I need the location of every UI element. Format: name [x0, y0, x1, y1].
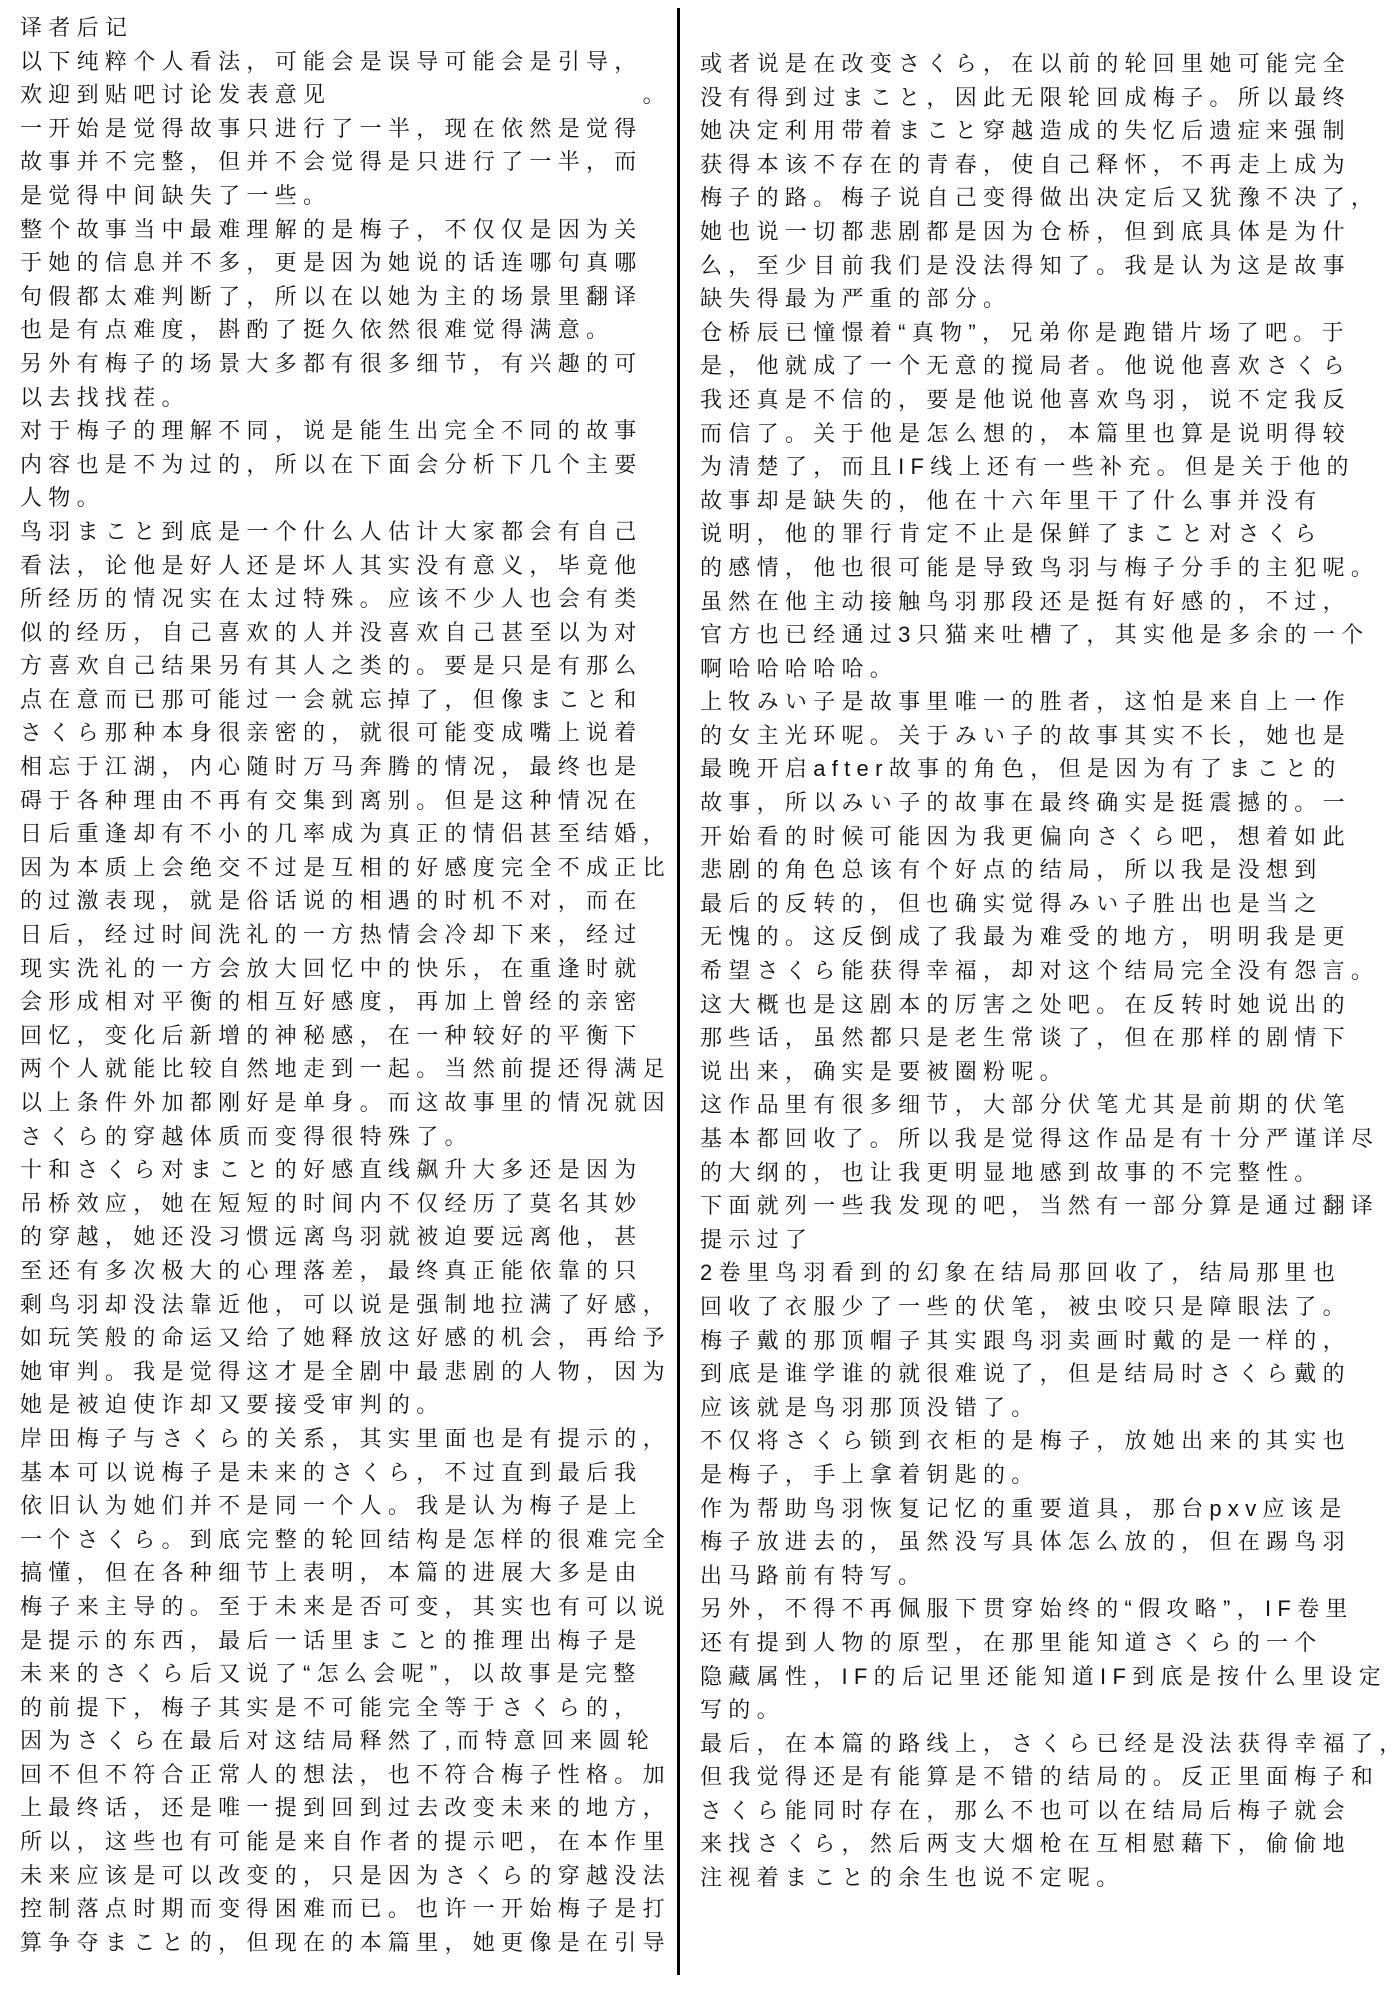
text-line: 内容也是不为过的，所以在下面会分析下几个主要: [20, 448, 700, 482]
text-line: 为清楚了，而且IF线上还有一些补充。但是关于他的: [700, 450, 1400, 484]
text-line: 上牧みい子是故事里唯一的胜者，这怕是来自上一作: [700, 685, 1400, 719]
text-line: 回忆，变化后新增的神秘感，在一种较好的平衡下: [20, 1019, 700, 1053]
text-line: 隐藏属性，IF的后记里还能知道IF到底是按什么里设定: [700, 1660, 1400, 1694]
text-line: 应该就是鸟羽那顶没错了。: [700, 1391, 1400, 1425]
text-line: 另外，不得不再佩服下贯穿始终的“假攻略”，IF卷里: [700, 1592, 1400, 1626]
text-line: 也是有点难度，斟酌了挺久依然很难觉得满意。: [20, 313, 700, 347]
text-line: 相忘于江湖，内心随时万马奔腾的情况，最终也是: [20, 750, 700, 784]
text-line: 碍于各种理由不再有交集到离别。但是这种情况在: [20, 784, 700, 818]
text-line: 欢迎到贴吧讨论发表意见 。: [20, 78, 700, 112]
text-line: 一个さくら。到底完整的轮回结构是怎样的很难完全: [20, 1523, 700, 1557]
text-line: 剩鸟羽却没法靠近他，可以说是强制地拉满了好感，: [20, 1288, 700, 1322]
text-line: 因为本质上会绝交不过是互相的好感度完全不成正比: [20, 851, 700, 885]
text-line: 那些话，虽然都只是老生常谈了，但在那样的剧情下: [700, 1021, 1400, 1055]
text-line: 希望さくら能获得幸福，却对这个结局完全没有怨言。: [700, 954, 1400, 988]
text-line: 下面就列一些我发现的吧，当然有一部分算是通过翻译: [700, 1189, 1400, 1223]
text-line: 至还有多次极大的心理落差，最终真正能依靠的只: [20, 1254, 700, 1288]
text-line: 以上条件外加都刚好是单身。而这故事里的情况就因: [20, 1086, 700, 1120]
text-line: 以下纯粹个人看法，可能会是误导可能会是引导，: [20, 45, 700, 79]
text-line: 点在意而已那可能过一会就忘掉了，但像まこと和: [20, 683, 700, 717]
text-line: 以去找找茬。: [20, 381, 700, 415]
text-line: 整个故事当中最难理解的是梅子，不仅仅是因为关: [20, 213, 700, 247]
text-line: さくら能同时存在，那么不也可以在结局后梅子就会: [700, 1794, 1400, 1828]
text-line: 依旧认为她们并不是同一个人。我是认为梅子是上: [20, 1489, 700, 1523]
text-line: 所以，这些也有可能是来自作者的提示吧，在本作里: [20, 1825, 700, 1859]
text-line: 一开始是觉得故事只进行了一半，现在依然是觉得: [20, 112, 700, 146]
text-line: 梅子来主导的。至于未来是否可变，其实也有可以说: [20, 1590, 700, 1624]
left-column: 译者后记 以下纯粹个人看法，可能会是误导可能会是引导，欢迎到贴吧讨论发表意见 。…: [20, 11, 700, 1959]
text-line: 缺失得最为严重的部分。: [700, 282, 1400, 316]
text-line: 因为さくら在最后对这结局释然了,而特意回来圆轮: [20, 1724, 700, 1758]
text-line: 是提示的东西，最后一话里まこと的推理出梅子是: [20, 1624, 700, 1658]
text-line: 而信了。关于他是怎么想的，本篇里也算是说明得较: [700, 417, 1400, 451]
text-line: 如玩笑般的命运又给了她释放这好感的机会，再给予: [20, 1321, 700, 1355]
text-line: 对于梅子的理解不同，说是能生出完全不同的故事: [20, 414, 700, 448]
text-line: 回收了衣服少了一些的伏笔，被虫咬只是障眼法了。: [700, 1290, 1400, 1324]
text-line: 的感情，他也很可能是导致鸟羽与梅子分手的主犯呢。: [700, 551, 1400, 585]
text-line: 到底是谁学谁的就很难说了，但是结局时さくら戴的: [700, 1357, 1400, 1391]
text-line: 无愧的。这反倒成了我最为难受的地方，明明我是更: [700, 920, 1400, 954]
text-line: 故事并不完整，但并不会觉得是只进行了一半，而: [20, 145, 700, 179]
text-line: 人物。: [20, 481, 700, 515]
text-line: 最后的反转的，但也确实觉得みい子胜出也是当之: [700, 887, 1400, 921]
text-line: 获得本该不存在的青春，使自己释怀，不再走上成为: [700, 148, 1400, 182]
text-line: 梅子的路。梅子说自己变得做出决定后又犹豫不决了，: [700, 181, 1400, 215]
column-divider: [677, 8, 680, 1975]
right-column: 或者说是在改变さくら，在以前的轮回里她可能完全没有得到过まこと，因此无限轮回成梅…: [700, 47, 1400, 1895]
text-line: 出马路前有特写。: [700, 1559, 1400, 1593]
text-line: 方喜欢自己结果另有其人之类的。要是只是有那么: [20, 649, 700, 683]
text-line: 现实洗礼的一方会放大回忆中的快乐，在重逢时就: [20, 952, 700, 986]
text-line: 啊哈哈哈哈哈。: [700, 652, 1400, 686]
text-line: 鸟羽まこと到底是一个什么人估计大家都会有自己: [20, 515, 700, 549]
text-line: 的过激表现，就是俗话说的相遇的时机不对，而在: [20, 884, 700, 918]
text-line: 提示过了: [700, 1223, 1400, 1257]
text-line: 这大概也是这剧本的厉害之处吧。在反转时她说出的: [700, 988, 1400, 1022]
text-line: 搞懂，但在各种细节上表明，本篇的进展大多是由: [20, 1556, 700, 1590]
text-line: 来找さくら，然后两支大烟枪在互相慰藉下，偷偷地: [700, 1827, 1400, 1861]
text-line: 会形成相对平衡的相互好感度，再加上曾经的亲密: [20, 985, 700, 1019]
page-title: 译者后记: [20, 11, 700, 45]
text-line: 梅子放进去的，虽然没写具体怎么放的，但在踢鸟羽: [700, 1525, 1400, 1559]
text-line: 注视着まこと的余生也说不定呢。: [700, 1861, 1400, 1895]
text-line: 的前提下，梅子其实是不可能完全等于さくら的，: [20, 1691, 700, 1725]
text-line: 作为帮助鸟羽恢复记忆的重要道具，那台pxv应该是: [700, 1492, 1400, 1526]
text-line: 句假都太难判断了，所以在以她为主的场景里翻译: [20, 280, 700, 314]
text-line: 么，至少目前我们是没法得知了。我是认为这是故事: [700, 249, 1400, 283]
text-line: 开始看的时候可能因为我更偏向さくら吧，想着如此: [700, 820, 1400, 854]
text-line: 吊桥效应，她在短短的时间内不仅经历了莫名其妙: [20, 1187, 700, 1221]
text-line: さくら的穿越体质而变得很特殊了。: [20, 1120, 700, 1154]
text-line: 她审判。我是觉得这才是全剧中最悲剧的人物，因为: [20, 1355, 700, 1389]
text-line: 没有得到过まこと，因此无限轮回成梅子。所以最终: [700, 81, 1400, 115]
left-column-text: 以下纯粹个人看法，可能会是误导可能会是引导，欢迎到贴吧讨论发表意见 。一开始是觉…: [20, 45, 700, 1960]
afterword-page: 译者后记 以下纯粹个人看法，可能会是误导可能会是引导，欢迎到贴吧讨论发表意见 。…: [0, 0, 1400, 1991]
text-line: 故事却是缺失的，他在十六年里干了什么事并没有: [700, 484, 1400, 518]
text-line: 另外有梅子的场景大多都有很多细节，有兴趣的可: [20, 347, 700, 381]
text-line: 这作品里有很多细节，大部分伏笔尤其是前期的伏笔: [700, 1088, 1400, 1122]
text-line: 虽然在他主动接触鸟羽那段还是挺有好感的，不过，: [700, 585, 1400, 619]
text-line: 梅子戴的那顶帽子其实跟鸟羽卖画时戴的是一样的，: [700, 1324, 1400, 1358]
text-line: 看法，论他是好人还是坏人其实没有意义，毕竟他: [20, 549, 700, 583]
text-line: 她也说一切都悲剧都是因为仓桥，但到底具体是为什: [700, 215, 1400, 249]
text-line: 日后，经过时间洗礼的一方热情会冷却下来，经过: [20, 918, 700, 952]
text-line: 她决定利用带着まこと穿越造成的失忆后遗症来强制: [700, 114, 1400, 148]
text-line: 说出来，确实是要被圈粉呢。: [700, 1055, 1400, 1089]
text-line: 两个人就能比较自然地走到一起。当然前提还得满足: [20, 1052, 700, 1086]
text-line: 她是被迫使诈却又要接受审判的。: [20, 1388, 700, 1422]
text-line: 日后重逢却有不小的几率成为真正的情侣甚至结婚，: [20, 817, 700, 851]
text-line: 于她的信息并不多，更是因为她说的话连哪句真哪: [20, 246, 700, 280]
text-line: 基本可以说梅子是未来的さくら，不过直到最后我: [20, 1456, 700, 1490]
text-line: 说明，他的罪行肯定不止是保鲜了まこと对さくら: [700, 517, 1400, 551]
text-line: 回不但不符合正常人的想法，也不符合梅子性格。加: [20, 1758, 700, 1792]
text-line: 2卷里鸟羽看到的幻象在结局那回收了，结局那里也: [700, 1256, 1400, 1290]
text-line: 未来的さくら后又说了“怎么会呢”，以故事是完整: [20, 1657, 700, 1691]
text-line: 故事，所以みい子的故事在最终确实是挺震撼的。一: [700, 786, 1400, 820]
text-line: 或者说是在改变さくら，在以前的轮回里她可能完全: [700, 47, 1400, 81]
text-line: 写的。: [700, 1693, 1400, 1727]
text-line: 的穿越，她还没习惯远离鸟羽就被迫要远离他，甚: [20, 1220, 700, 1254]
text-line: 上最终话，还是唯一提到回到过去改变未来的地方，: [20, 1791, 700, 1825]
text-line: 不仅将さくら锁到衣柜的是梅子，放她出来的其实也: [700, 1424, 1400, 1458]
text-line: 似的经历，自己喜欢的人并没喜欢自己甚至以为对: [20, 616, 700, 650]
text-line: さくら那种本身很亲密的，就很可能变成嘴上说着: [20, 716, 700, 750]
text-line: 还有提到人物的原型，在那里能知道さくら的一个: [700, 1626, 1400, 1660]
text-line: 官方也已经通过3只猫来吐槽了，其实他是多余的一个: [700, 618, 1400, 652]
text-line: 是，他就成了一个无意的搅局者。他说他喜欢さくら: [700, 349, 1400, 383]
text-line: 十和さくら对まこと的好感直线飙升大多还是因为: [20, 1153, 700, 1187]
text-line: 最后，在本篇的路线上，さくら已经是没法获得幸福了，: [700, 1727, 1400, 1761]
text-line: 算争夺まこと的，但现在的本篇里，她更像是在引导: [20, 1926, 700, 1960]
text-line: 我还真是不信的，要是他说他喜欢鸟羽，说不定我反: [700, 383, 1400, 417]
text-line: 是觉得中间缺失了一些。: [20, 179, 700, 213]
text-line: 所经历的情况实在太过特殊。应该不少人也会有类: [20, 582, 700, 616]
text-line: 未来应该是可以改变的，只是因为さくら的穿越没法: [20, 1859, 700, 1893]
text-line: 岸田梅子与さくら的关系，其实里面也是有提示的，: [20, 1422, 700, 1456]
text-line: 的大纲的，也让我更明显地感到故事的不完整性。: [700, 1156, 1400, 1190]
text-line: 悲剧的角色总该有个好点的结局，所以我是没想到: [700, 853, 1400, 887]
right-column-text: 或者说是在改变さくら，在以前的轮回里她可能完全没有得到过まこと，因此无限轮回成梅…: [700, 47, 1400, 1895]
text-line: 是梅子，手上拿着钥匙的。: [700, 1458, 1400, 1492]
text-line: 的女主光环呢。关于みい子的故事其实不长，她也是: [700, 719, 1400, 753]
text-line: 基本都回收了。所以我是觉得这作品是有十分严谨详尽: [700, 1122, 1400, 1156]
text-line: 但我觉得还是有能算是不错的结局的。反正里面梅子和: [700, 1760, 1400, 1794]
text-line: 仓桥辰已憧憬着“真物”，兄弟你是跑错片场了吧。于: [700, 316, 1400, 350]
text-line: 最晚开启after故事的角色，但是因为有了まこと的: [700, 752, 1400, 786]
text-line: 控制落点时期而变得困难而已。也许一开始梅子是打: [20, 1892, 700, 1926]
